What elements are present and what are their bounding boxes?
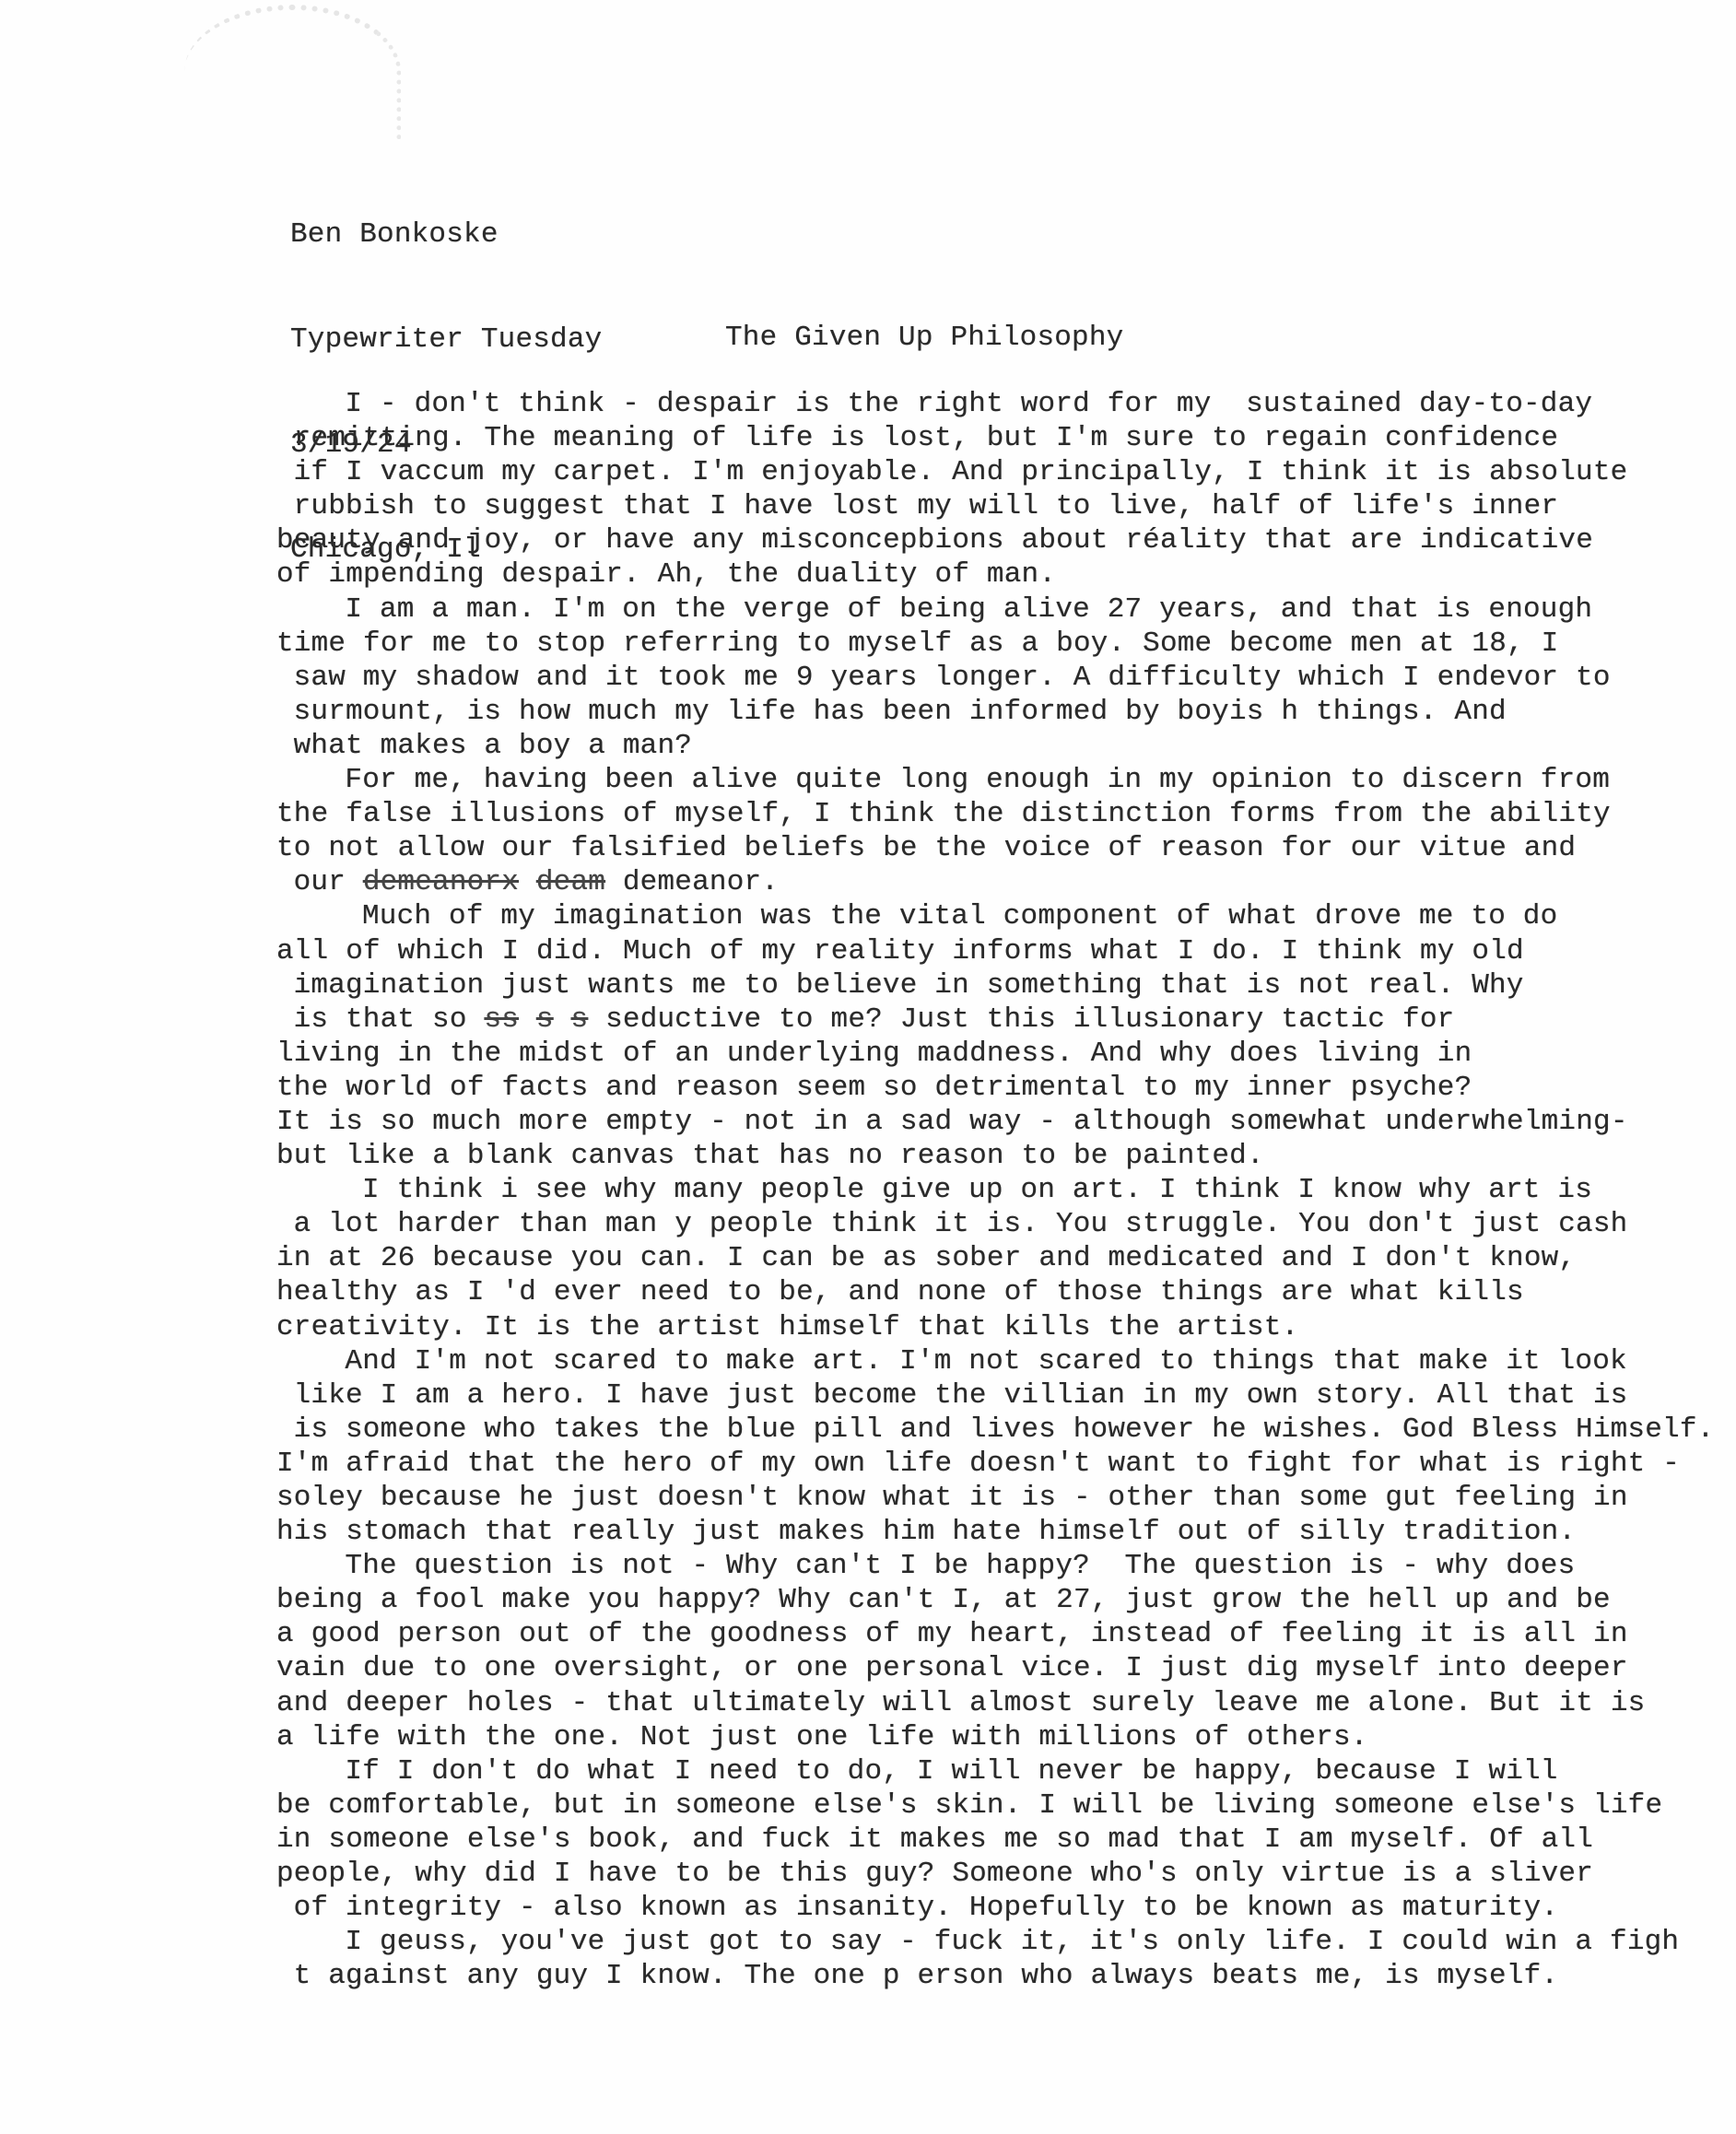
line-text: remitting. The meaning of life is lost, … (294, 422, 1559, 454)
text-line: but like a blank canvas that has no reas… (276, 1139, 1714, 1173)
text-line: in someone else's book, and fuck it make… (276, 1823, 1714, 1857)
text-line: a life with the one. Not just one life w… (276, 1720, 1714, 1754)
line-text: It is so much more empty - not in a sad … (276, 1106, 1628, 1138)
text-line: all of which I did. Much of my reality i… (276, 934, 1714, 968)
text-line: The question is not - Why can't I be hap… (276, 1549, 1714, 1583)
series-name: Typewriter Tuesday (290, 322, 602, 358)
line-text: For me, having been alive quite long eno… (345, 764, 1610, 796)
text-line: surmount, is how much my life has been i… (276, 695, 1714, 729)
text-line: if I vaccum my carpet. I'm enjoyable. An… (276, 455, 1714, 489)
line-text: a good person out of the goodness of my … (276, 1618, 1628, 1650)
line-text: but like a blank canvas that has no reas… (276, 1140, 1264, 1172)
line-text: of impending despair. Ah, the duality of… (276, 558, 1056, 591)
line-text: beauty and joy, or have any misconcepbio… (276, 524, 1593, 557)
text-line: living in the midst of an underlying mad… (276, 1037, 1714, 1071)
struck-out-text: ss (484, 1003, 519, 1036)
text-line: the false illusions of myself, I think t… (276, 797, 1714, 831)
line-text: healthy as I 'd ever need to be, and non… (276, 1276, 1524, 1308)
body-text: I - don't think - despair is the right w… (276, 387, 1714, 1993)
line-text: is someone who takes the blue pill and l… (294, 1413, 1715, 1446)
text-line: If I don't do what I need to do, I will … (276, 1754, 1714, 1788)
text-line: I'm afraid that the hero of my own life … (276, 1447, 1714, 1481)
text-line: time for me to stop referring to myself … (276, 627, 1714, 661)
text-line: It is so much more empty - not in a sad … (276, 1105, 1714, 1139)
line-text: surmount, is how much my life has been i… (294, 696, 1507, 728)
line-text: I think i see why many people give up on… (362, 1174, 1592, 1206)
text-line: saw my shadow and it took me 9 years lon… (276, 661, 1714, 695)
line-text: people, why did I have to be this guy? S… (276, 1858, 1593, 1890)
line-text: a life with the one. Not just one life w… (276, 1721, 1368, 1753)
line-text: time for me to stop referring to myself … (276, 627, 1558, 660)
line-text: is that so (294, 1003, 485, 1036)
text-line: And I'm not scared to make art. I'm not … (276, 1344, 1714, 1378)
line-text: to not allow our falsified beliefs be th… (276, 832, 1576, 864)
line-text-continued: seductive to me? Just this illusionary t… (588, 1003, 1454, 1036)
line-text: in at 26 because you can. I can be as so… (276, 1242, 1576, 1274)
text-line: I geuss, you've just got to say - fuck i… (276, 1925, 1714, 1959)
text-line: his stomach that really just makes him h… (276, 1515, 1714, 1549)
line-text: like I am a hero. I have just become the… (294, 1379, 1628, 1412)
text-line: and deeper holes - that ultimately will … (276, 1686, 1714, 1720)
typewritten-page: Ben Bonkoske Typewriter Tuesday 3/19/24 … (0, 0, 1736, 2134)
line-text: the world of facts and reason seem so de… (276, 1072, 1472, 1104)
text-line: of impending despair. Ah, the duality of… (276, 557, 1714, 592)
text-line: like I am a hero. I have just become the… (276, 1378, 1714, 1413)
line-text: in someone else's book, and fuck it make… (276, 1823, 1593, 1856)
text-line: Much of my imagination was the vital com… (276, 899, 1714, 933)
line-text: I geuss, you've just got to say - fuck i… (345, 1926, 1679, 1958)
line-text: of integrity - also known as insanity. H… (294, 1892, 1559, 1924)
struck-out-text: s (536, 1003, 554, 1036)
line-text: living in the midst of an underlying mad… (276, 1038, 1472, 1070)
text-line: our demeanorx deam demeanor. (276, 865, 1714, 899)
struck-out-text: demeanorx (363, 866, 519, 898)
text-line: healthy as I 'd ever need to be, and non… (276, 1275, 1714, 1309)
line-text: t against any guy I know. The one p erso… (294, 1960, 1559, 1992)
line-text: vain due to one oversight, or one person… (276, 1652, 1628, 1684)
line-text: his stomach that really just makes him h… (276, 1516, 1576, 1548)
text-line: to not allow our falsified beliefs be th… (276, 831, 1714, 865)
line-text: If I don't do what I need to do, I will … (345, 1755, 1557, 1788)
line-text: creativity. It is the artist himself tha… (276, 1311, 1298, 1343)
line-text: all of which I did. Much of my reality i… (276, 935, 1524, 967)
line-text: the false illusions of myself, I think t… (276, 798, 1611, 830)
struck-out-text: s (570, 1003, 588, 1036)
line-text: I - don't think - despair is the right w… (345, 388, 1592, 420)
text-line: is someone who takes the blue pill and l… (276, 1413, 1714, 1447)
text-line: beauty and joy, or have any misconcepbio… (276, 523, 1714, 557)
line-text: and deeper holes - that ultimately will … (276, 1687, 1645, 1719)
line-text: our (294, 866, 363, 898)
text-line: I - don't think - despair is the right w… (276, 387, 1714, 421)
line-text: The question is not - Why can't I be hap… (345, 1550, 1575, 1582)
line-text: I am a man. I'm on the verge of being al… (345, 593, 1592, 626)
ink-smudge (184, 5, 401, 139)
text-line: vain due to one oversight, or one person… (276, 1651, 1714, 1685)
line-text: be comfortable, but in someone else's sk… (276, 1789, 1662, 1822)
text-line: being a fool make you happy? Why can't I… (276, 1583, 1714, 1617)
text-line: a lot harder than man y people think it … (276, 1207, 1714, 1241)
text-line: I think i see why many people give up on… (276, 1173, 1714, 1207)
line-text: imagination just wants me to believe in … (294, 969, 1524, 1002)
text-line: t against any guy I know. The one p erso… (276, 1959, 1714, 1993)
text-line: is that so ss s s seductive to me? Just … (276, 1003, 1714, 1037)
line-text: soley because he just doesn't know what … (276, 1482, 1628, 1514)
text-line: imagination just wants me to believe in … (276, 968, 1714, 1003)
line-text: a lot harder than man y people think it … (294, 1208, 1628, 1240)
line-text: if I vaccum my carpet. I'm enjoyable. An… (294, 456, 1628, 488)
line-text: what makes a boy a man? (294, 730, 692, 762)
text-line: For me, having been alive quite long eno… (276, 763, 1714, 797)
text-line: rubbish to suggest that I have lost my w… (276, 489, 1714, 523)
line-text: rubbish to suggest that I have lost my w… (294, 490, 1559, 522)
text-line: of integrity - also known as insanity. H… (276, 1891, 1714, 1925)
author-name: Ben Bonkoske (290, 217, 602, 252)
line-text-continued: demeanor. (605, 866, 779, 898)
line-text: being a fool make you happy? Why can't I… (276, 1584, 1611, 1616)
document-title: The Given Up Philosophy (725, 321, 1123, 356)
line-text: saw my shadow and it took me 9 years lon… (294, 662, 1611, 694)
struck-out-text: deam (536, 866, 605, 898)
text-line: in at 26 because you can. I can be as so… (276, 1241, 1714, 1275)
text-line: I am a man. I'm on the verge of being al… (276, 592, 1714, 627)
line-text: Much of my imagination was the vital com… (362, 900, 1557, 932)
text-line: people, why did I have to be this guy? S… (276, 1857, 1714, 1891)
line-text: I'm afraid that the hero of my own life … (276, 1448, 1680, 1480)
line-text: And I'm not scared to make art. I'm not … (345, 1345, 1626, 1378)
text-line: soley because he just doesn't know what … (276, 1481, 1714, 1515)
text-line: a good person out of the goodness of my … (276, 1617, 1714, 1651)
text-line: remitting. The meaning of life is lost, … (276, 421, 1714, 455)
text-line: the world of facts and reason seem so de… (276, 1071, 1714, 1105)
text-line: creativity. It is the artist himself tha… (276, 1310, 1714, 1344)
text-line: what makes a boy a man? (276, 729, 1714, 763)
text-line: be comfortable, but in someone else's sk… (276, 1788, 1714, 1823)
